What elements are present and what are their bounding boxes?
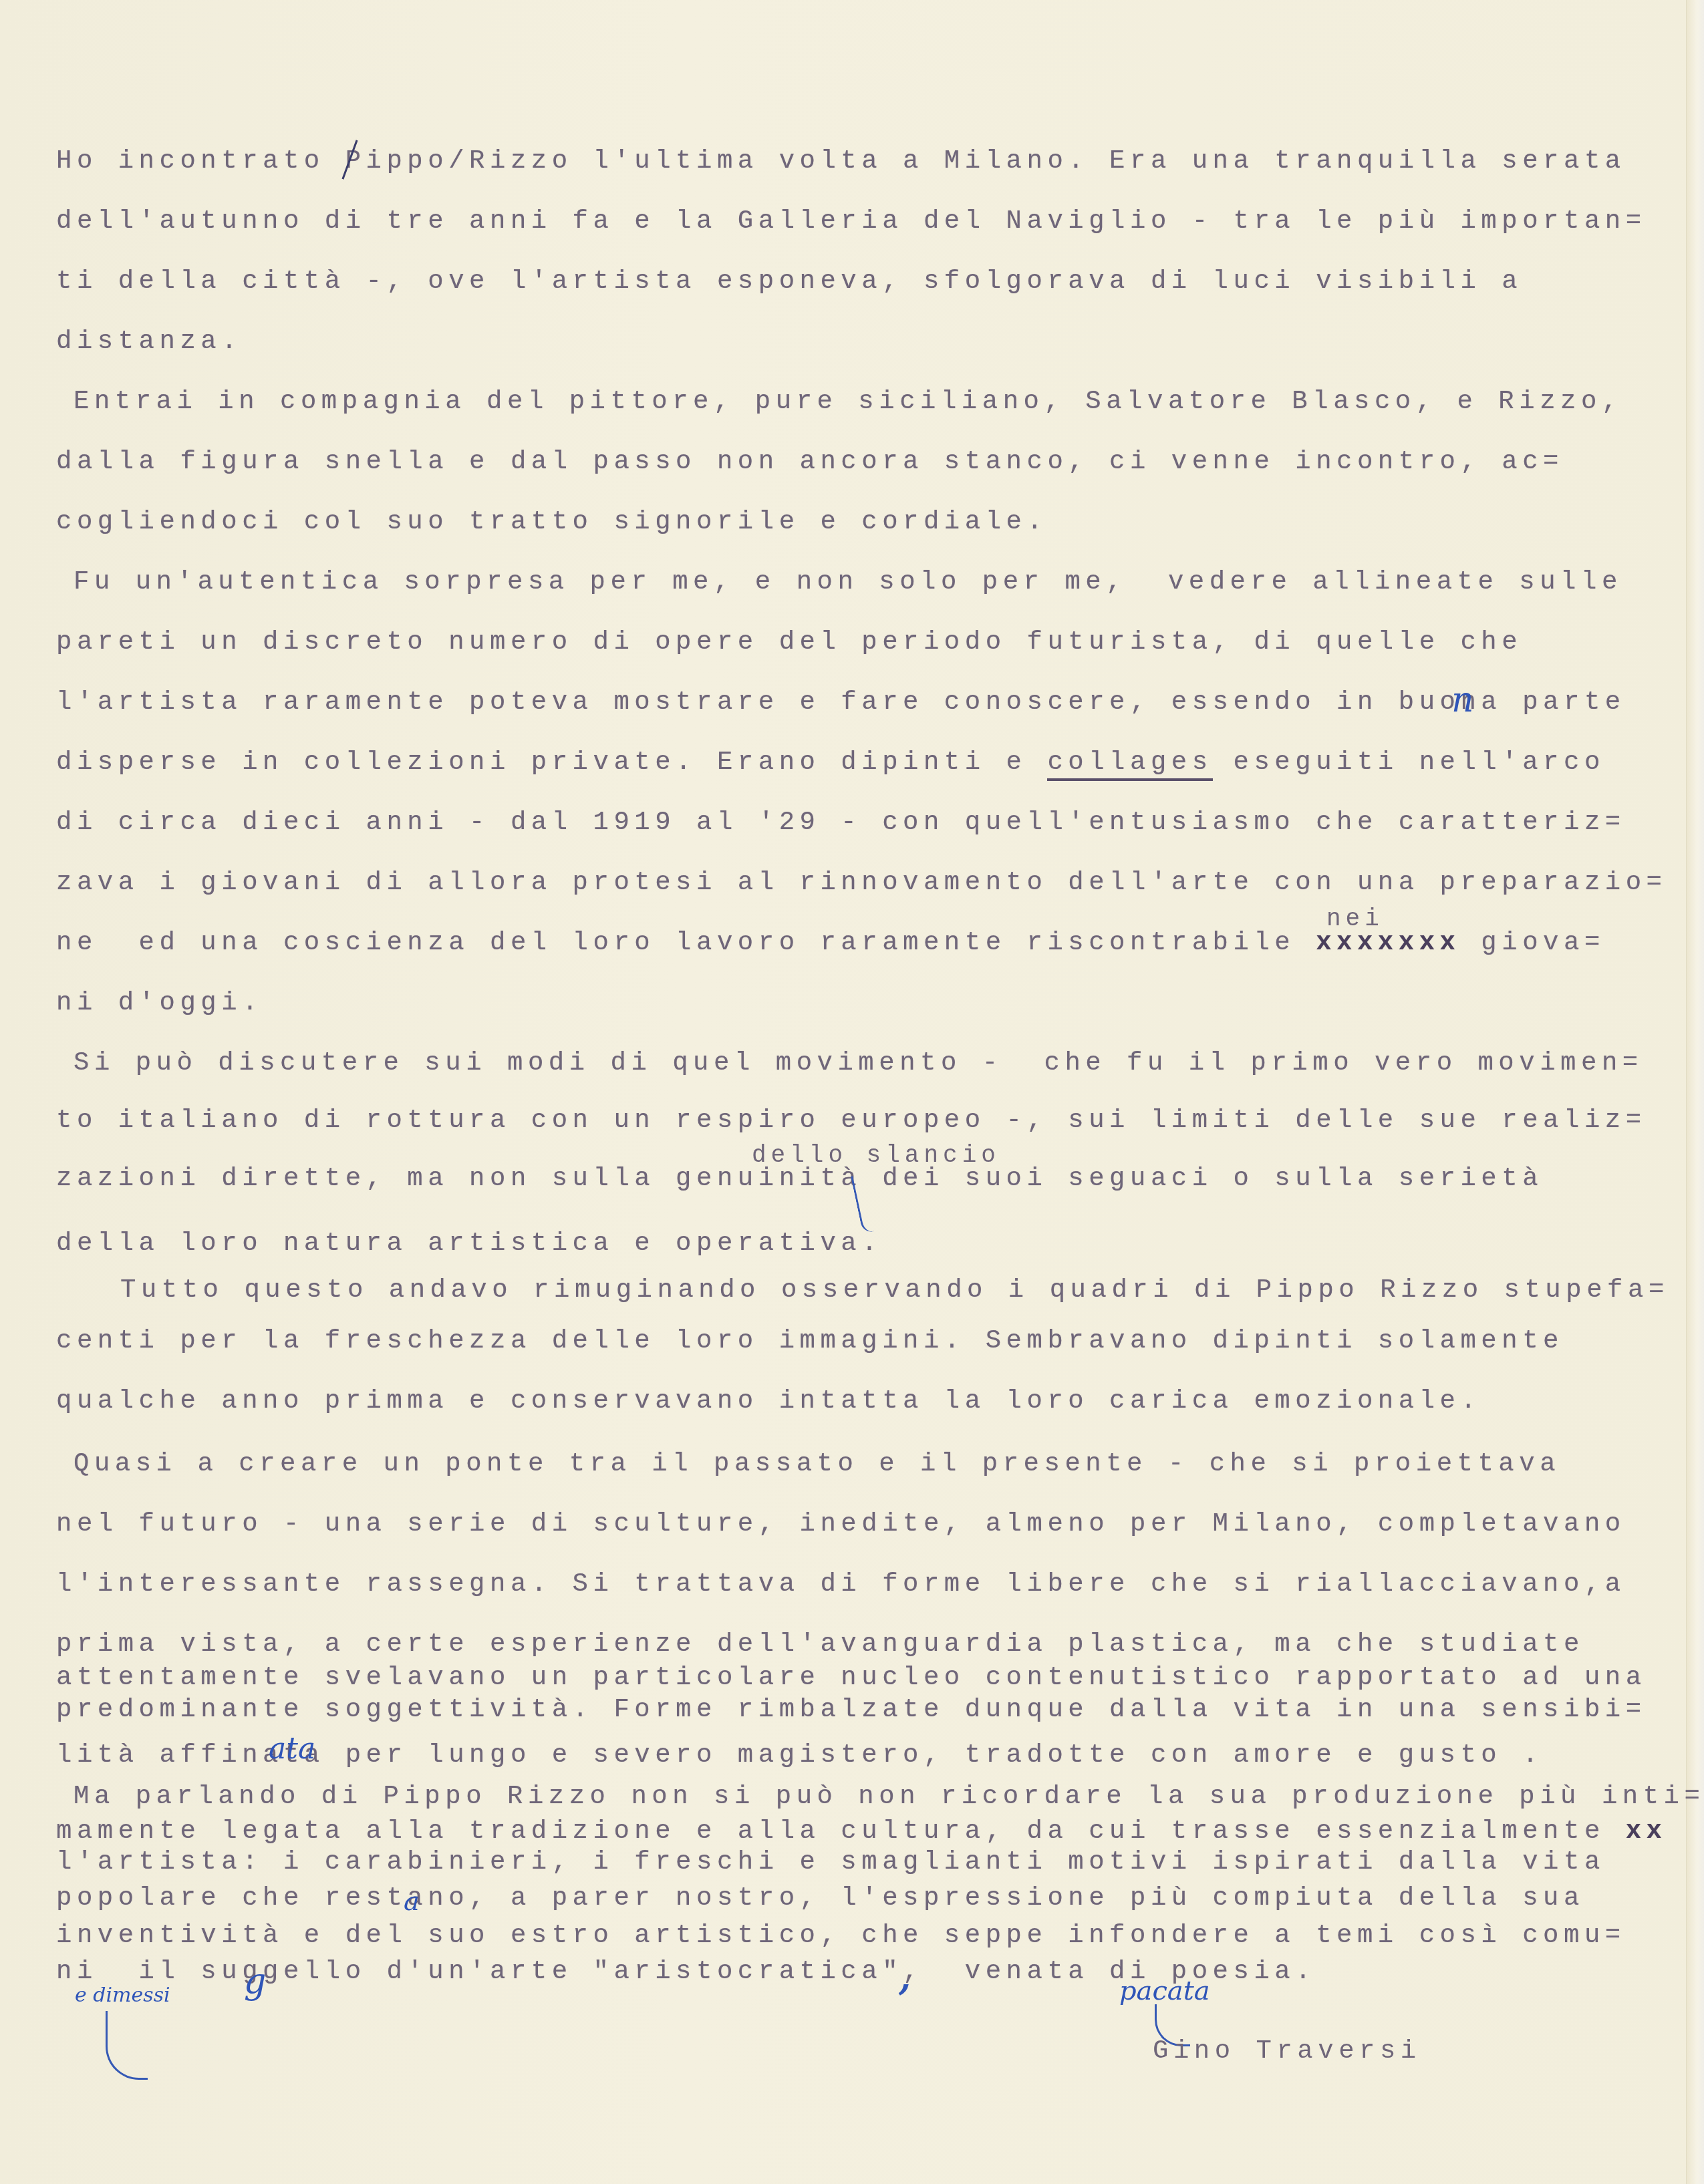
- struck-out-word: xx: [1626, 1817, 1667, 1846]
- text-segment: mamente legata alla tradizione e alla cu…: [56, 1817, 1626, 1846]
- text-line-24: nel futuro - una serie di sculture, ined…: [56, 1511, 1626, 1537]
- text-line-23: Quasi a creare un ponte tra il passato e…: [74, 1451, 1560, 1477]
- ink-insertion-caret: [106, 2011, 148, 2080]
- text-line-26: prima vista, a certe esperienze dell'ava…: [56, 1631, 1584, 1658]
- text-line-31: mamente legata alla tradizione e alla cu…: [56, 1819, 1667, 1845]
- handwritten-insert-e-dimessi: e dimessi: [75, 1986, 170, 2006]
- text-line-3: ti della città -, ove l'artista esponeva…: [56, 269, 1522, 295]
- text-line-10: l'artista raramente poteva mostrare e fa…: [56, 689, 1626, 716]
- text-line-25: l'interessante rassegna. Si trattava di …: [56, 1571, 1626, 1597]
- text-line-13: zava i giovani di allora protesi al rinn…: [56, 870, 1667, 896]
- text-line-28: predominante soggettività. Forme rimbalz…: [56, 1697, 1647, 1723]
- text-line-11: disperse in collezioni private. Erano di…: [56, 750, 1605, 776]
- text-line-15: ni d'oggi.: [56, 990, 263, 1016]
- text-line-19: della loro natura artistica e operativa.: [56, 1231, 882, 1257]
- text-segment: disperse in collezioni private. Erano di…: [56, 748, 1047, 777]
- letter-page: Ho incontrato Pippo/Rizzo l'ultima volta…: [0, 0, 1704, 2184]
- handwritten-correction-affinata: ata: [269, 1734, 315, 1764]
- text-line-30: Ma parlando di Pippo Rizzo non si può no…: [74, 1784, 1704, 1810]
- text-line-5: Entrai in compagnia del pittore, pure si…: [74, 389, 1622, 415]
- signature: Gino Traversi: [1153, 2036, 1421, 2066]
- text-line-17: to italiano di rottura con un respiro eu…: [56, 1108, 1647, 1134]
- handwritten-insert-pacata: pacata: [1119, 1978, 1210, 2004]
- text-line-34: inventività e del suo estro artistico, c…: [56, 1923, 1626, 1949]
- text-line-2: dell'autunno di tre anni fa e la Galleri…: [56, 208, 1647, 235]
- text-line-4: distanza.: [56, 329, 242, 355]
- text-line-21: centi per la freschezza delle loro immag…: [56, 1328, 1564, 1354]
- handwritten-comma: ,: [899, 1961, 911, 1996]
- text-line-14: ne ed una coscienza del loro lavoro rara…: [56, 930, 1605, 956]
- text-line-8: Fu un'autentica sorpresa per me, e non s…: [74, 569, 1622, 595]
- text-line-22: qualche anno primma e conservavano intat…: [56, 1388, 1481, 1414]
- text-segment: ne ed una coscienza del loro lavoro rara…: [56, 928, 1316, 957]
- text-line-32: l'artista: i carabinieri, i freschi e sm…: [56, 1849, 1605, 1875]
- paper-right-edge: [1686, 0, 1704, 2184]
- text-line-6: dalla figura snella e dal passo non anco…: [56, 449, 1564, 475]
- struck-out-word: xxxxxxx: [1316, 928, 1460, 957]
- text-segment: giova=: [1460, 928, 1604, 957]
- text-line-7: cogliendoci col suo tratto signorile e c…: [56, 509, 1047, 535]
- text-line-20: Tutto questo andavo rimuginando osservan…: [120, 1277, 1669, 1303]
- handwritten-correction-suggello: g: [244, 1964, 266, 1999]
- text-line-9: pareti un discreto numero di opere del p…: [56, 629, 1522, 655]
- text-line-33: popolare che restano, a parer nostro, l'…: [56, 1885, 1584, 1911]
- text-line-18: zazioni dirette, ma non sulla genuinità …: [56, 1166, 1543, 1192]
- underlined-word-collages: collages: [1047, 748, 1212, 781]
- text-line-12: di circa dieci anni - dal 1919 al '29 - …: [56, 810, 1626, 836]
- text-line-1: Ho incontrato Pippo/Rizzo l'ultima volta…: [56, 148, 1626, 174]
- text-line-16: Si può discutere sui modi di quel movime…: [74, 1050, 1643, 1076]
- text-line-27: attentamente svelavano un particolare nu…: [56, 1665, 1647, 1691]
- handwritten-correction-restano: a: [404, 1888, 420, 1915]
- text-segment: eseguiti nell'arco: [1213, 748, 1605, 777]
- handwritten-correction-buona: n: [1451, 683, 1474, 718]
